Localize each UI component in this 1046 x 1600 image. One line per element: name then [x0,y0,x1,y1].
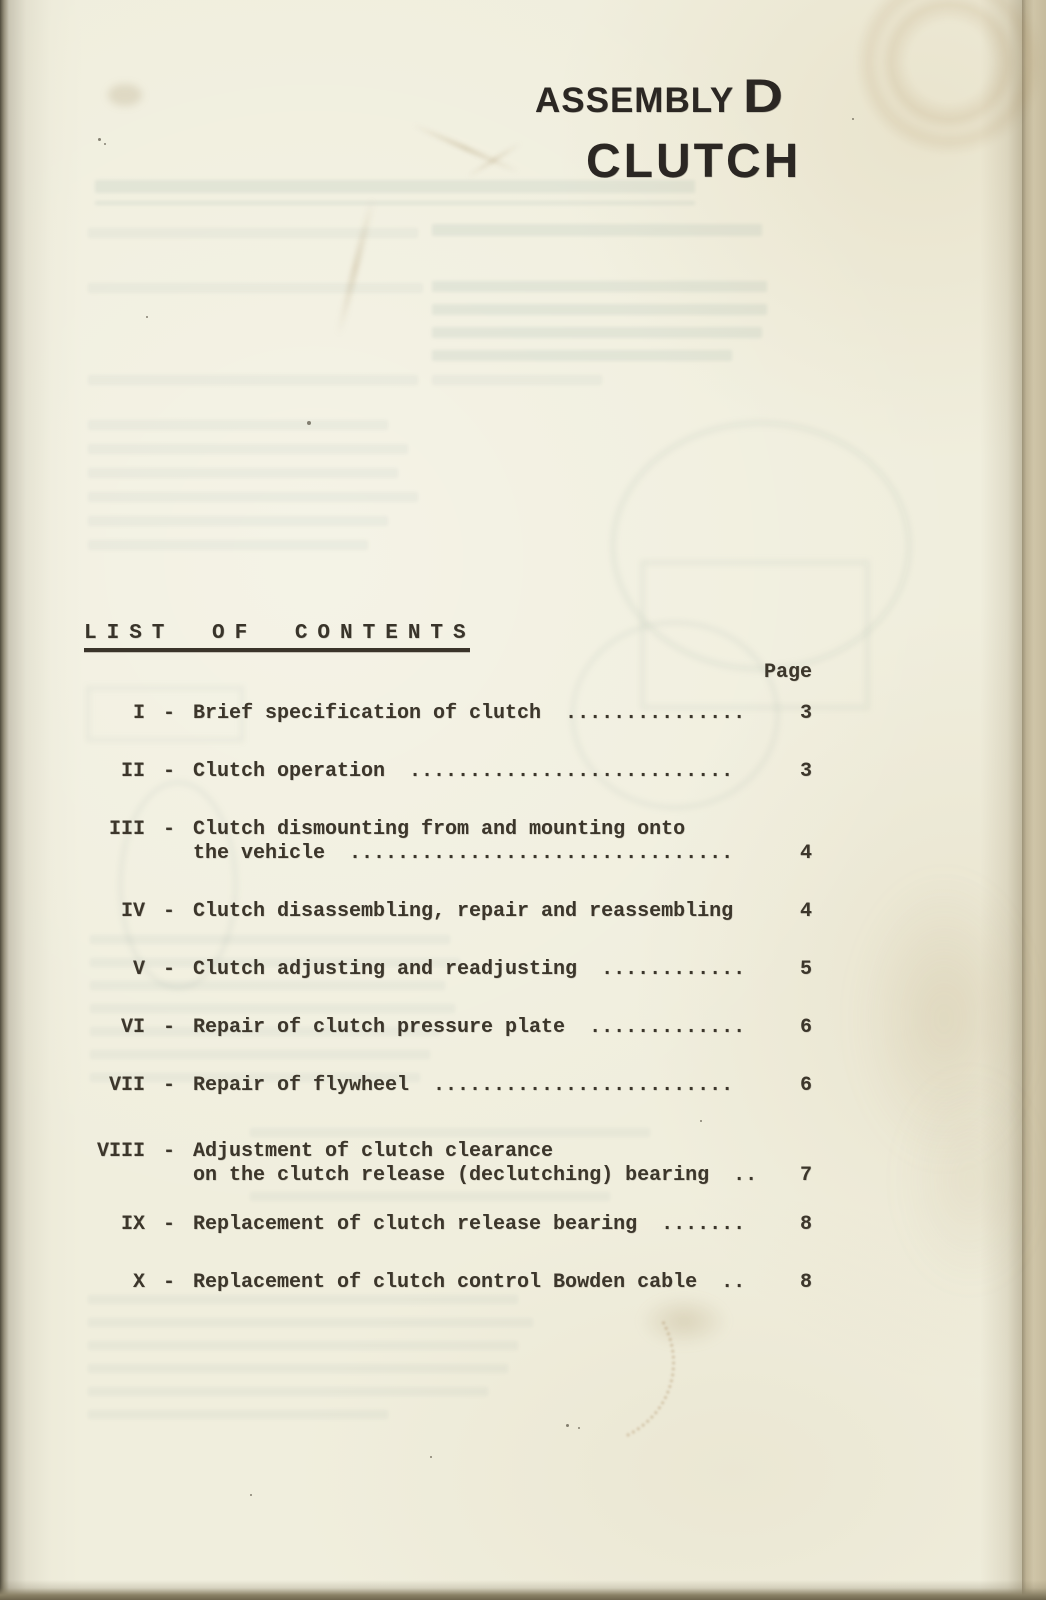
bleed-through-line [88,492,418,502]
paper-crease [335,197,376,336]
bleed-through-line [88,420,388,430]
assembly-heading: ASSEMBLYD [535,68,778,123]
paper-speck [146,316,148,318]
bleed-through-line [88,1410,388,1419]
paper-speck [578,1427,580,1429]
bleed-through-line [432,350,732,361]
scanned-manual-page: ASSEMBLYD CLUTCH LIST OF CONTENTS Page I… [0,0,1046,1600]
toc-entry-separator: - [145,1074,193,1098]
bleed-through-line [88,1364,508,1373]
bleed-through-line [88,1341,518,1350]
toc-entry-page: 7 [762,1164,812,1188]
bleed-through-line [88,444,408,454]
toc-entry: VII-Repair of flywheel .................… [84,1074,812,1098]
toc-entry-separator: - [145,900,193,924]
toc-entry-title: Clutch adjusting and readjusting .......… [193,958,762,982]
toc-entry-page: 3 [762,760,812,784]
toc-entry: III-Clutch dismounting from and mounting… [84,818,812,866]
assembly-label: ASSEMBLY [535,81,734,120]
toc-entry-page: 4 [762,900,812,924]
page-bottom-edge [0,1580,1046,1600]
toc-entry-title: Clutch disassembling, repair and reassem… [193,900,762,924]
bleed-through-line [432,224,762,236]
toc-entry: II-Clutch operation ....................… [84,760,812,784]
toc-entry-numeral: IX [84,1213,145,1237]
list-of-contents: LIST OF CONTENTS Page I-Brief specificat… [84,622,812,1295]
toc-entry: V-Clutch adjusting and readjusting .....… [84,958,812,982]
book-binding-shadow [0,0,82,1600]
bleed-through-line [432,281,767,292]
page-title: CLUTCH [586,134,801,189]
toc-entry: IV-Clutch disassembling, repair and reas… [84,900,812,924]
page-column-label: Page [84,661,812,685]
paper-stain [828,828,1046,1210]
bleed-through-line [88,283,423,293]
toc-entry-separator: - [145,1140,193,1164]
toc-entry-numeral: VIII [84,1140,145,1164]
bleed-through-line [88,468,398,478]
paper-speck [98,138,101,141]
bleed-through-line [88,540,368,550]
paper-speck [430,1456,432,1458]
bleed-through-line [88,1295,518,1304]
bleed-through-line [432,327,762,338]
bleed-through-line [88,1318,533,1327]
toc-entry-title: Clutch operation .......................… [193,760,762,784]
toc-entry-page: 4 [762,842,812,866]
toc-entry-page: 5 [762,958,812,982]
page-curl-shadow [980,0,1022,1600]
paper-speck [307,421,311,425]
toc-entry-numeral: IV [84,900,145,924]
toc-entry: X-Replacement of clutch control Bowden c… [84,1271,812,1295]
toc-entry-page: 8 [762,1213,812,1237]
fingerprint-stain [842,0,1046,168]
toc-entry-numeral: V [84,958,145,982]
toc-entry-numeral: VII [84,1074,145,1098]
toc-entry: VI-Repair of clutch pressure plate .....… [84,1016,812,1040]
bleed-through-line [88,228,418,238]
toc-entry-title: Adjustment of clutch clearanceon the clu… [193,1140,762,1188]
toc-entry-title: Repair of clutch pressure plate ........… [193,1016,762,1040]
toc-rows: I-Brief specification of clutch ........… [84,702,812,1295]
toc-entry: I-Brief specification of clutch ........… [84,702,812,726]
bleed-through-line [88,375,418,385]
toc-entry-separator: - [145,958,193,982]
toc-entry-numeral: II [84,760,145,784]
toc-entry-title: Repair of flywheel .....................… [193,1074,762,1098]
bleed-through-line [432,304,767,315]
toc-entry: IX-Replacement of clutch release bearing… [84,1213,812,1237]
paper-crease [466,141,522,178]
toc-entry-numeral: III [84,818,145,842]
bleed-through-line [432,375,602,385]
toc-heading: LIST OF CONTENTS [84,622,812,645]
paper-crease [412,123,520,175]
page-stack-edge [1022,0,1046,1600]
paper-speck [104,143,106,145]
toc-entry-numeral: VI [84,1016,145,1040]
paper-speck [250,1494,252,1496]
toc-entry-title: Clutch dismounting from and mounting ont… [193,818,762,866]
toc-entry-separator: - [145,1213,193,1237]
toc-entry-numeral: I [84,702,145,726]
bleed-through-line [88,516,388,526]
assembly-letter: D [743,68,784,123]
toc-entry-page: 6 [762,1016,812,1040]
toc-entry-title: Replacement of clutch release bearing ..… [193,1213,762,1237]
toc-entry-title: Brief specification of clutch ..........… [193,702,762,726]
paper-stain [628,1288,740,1354]
paper-speck [852,118,854,120]
toc-entry-separator: - [145,760,193,784]
toc-entry-page: 8 [762,1271,812,1295]
toc-entry-separator: - [145,1016,193,1040]
toc-entry: VIII-Adjustment of clutch clearanceon th… [84,1140,812,1188]
bleed-through-line [88,1387,488,1396]
toc-entry-numeral: X [84,1271,145,1295]
toc-entry-page: 6 [762,1074,812,1098]
toc-entry-separator: - [145,1271,193,1295]
toc-entry-separator: - [145,818,193,842]
toc-entry-title: Replacement of clutch control Bowden cab… [193,1271,762,1295]
bleed-through-line [95,201,695,205]
paper-speck [566,1424,569,1427]
toc-entry-page: 3 [762,702,812,726]
toc-entry-separator: - [145,702,193,726]
toc-heading-underline [84,648,470,652]
paper-stain [108,84,142,106]
